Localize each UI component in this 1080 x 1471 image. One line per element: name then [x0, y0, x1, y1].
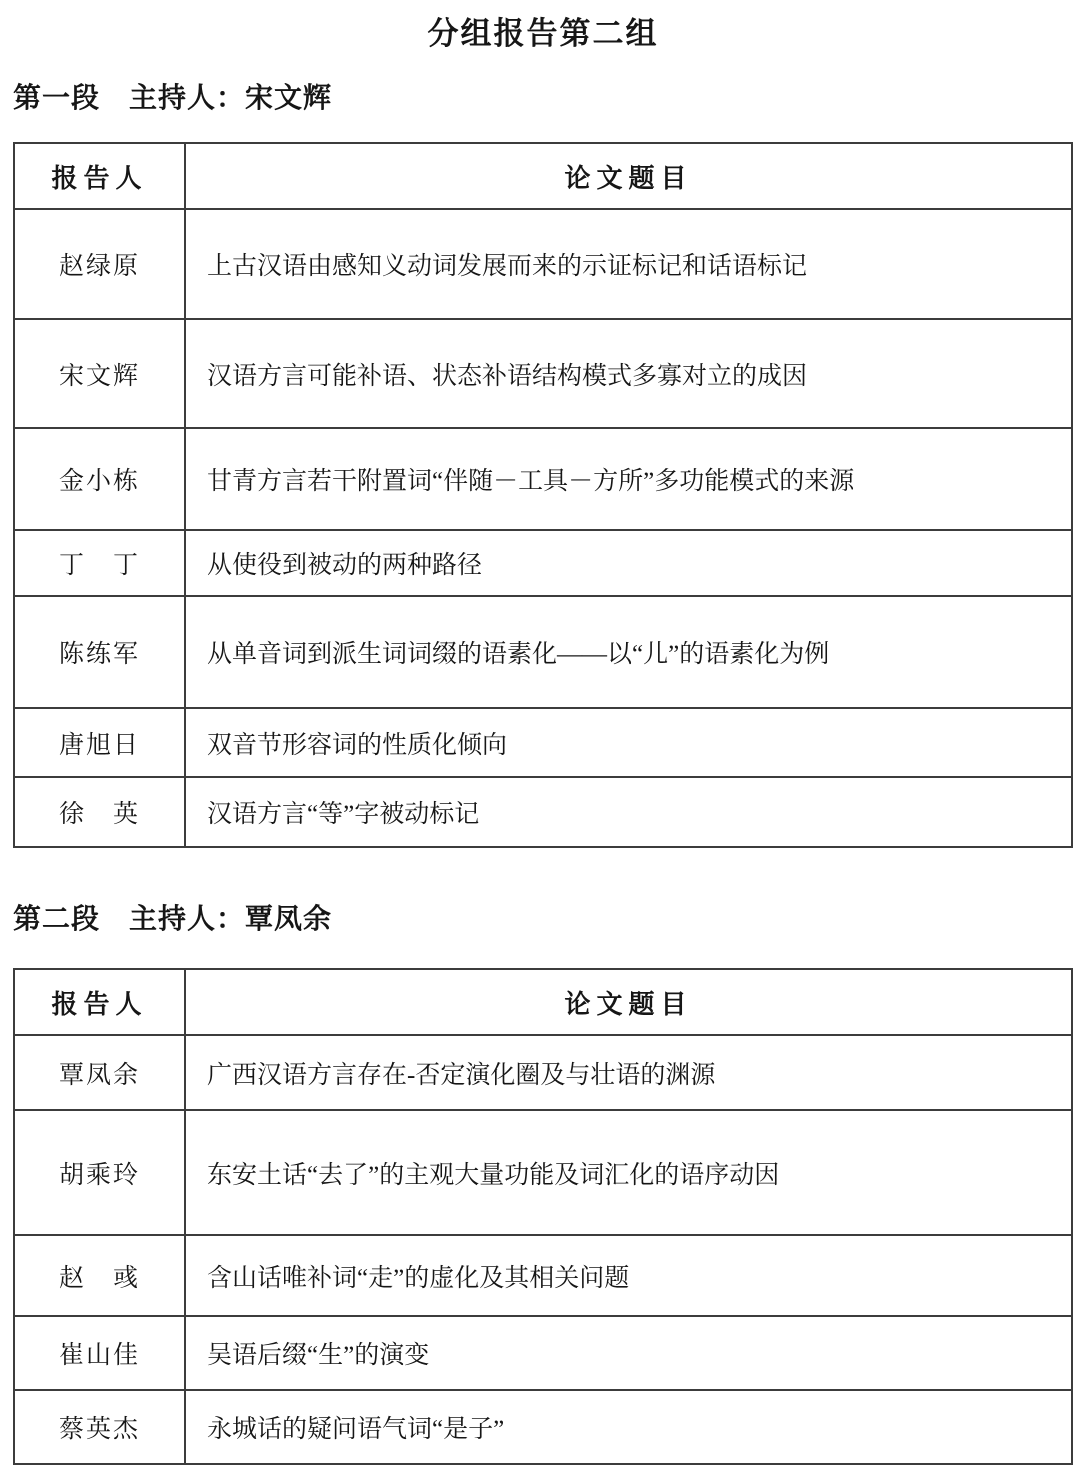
speaker-cell: 崔山佳 — [14, 1316, 185, 1390]
paper-title-cell: 吴语后缀“生”的演变 — [185, 1316, 1072, 1390]
title-column-header: 论文题目 — [185, 969, 1072, 1035]
table-header-row: 报告人 论文题目 — [14, 969, 1072, 1035]
speaker-cell: 唐旭日 — [14, 708, 185, 777]
speaker-cell: 赵 彧 — [14, 1235, 185, 1316]
speaker-cell: 徐 英 — [14, 777, 185, 847]
speaker-cell: 丁 丁 — [14, 530, 185, 596]
paper-title-cell: 东安土话“去了”的主观大量功能及词汇化的语序动因 — [185, 1110, 1072, 1235]
speaker-column-header: 报告人 — [14, 143, 185, 209]
speaker-cell: 胡乘玲 — [14, 1110, 185, 1235]
table-row: 赵绿原 上古汉语由感知义动词发展而来的示证标记和话语标记 — [14, 209, 1072, 319]
speaker-cell: 陈练军 — [14, 596, 185, 708]
speaker-cell: 金小栋 — [14, 428, 185, 530]
table-row: 徐 英 汉语方言“等”字被动标记 — [14, 777, 1072, 847]
table-row: 崔山佳 吴语后缀“生”的演变 — [14, 1316, 1072, 1390]
paper-title-cell: 从使役到被动的两种路径 — [185, 530, 1072, 596]
paper-title-cell: 从单音词到派生词词缀的语素化——以“儿”的语素化为例 — [185, 596, 1072, 708]
page-title: 分组报告第二组 — [13, 12, 1073, 55]
table-row: 赵 彧 含山话唯补词“走”的虚化及其相关问题 — [14, 1235, 1072, 1316]
table-row: 金小栋 甘青方言若干附置词“伴随－工具－方所”多功能模式的来源 — [14, 428, 1072, 530]
document-page: 分组报告第二组 第一段 主持人：宋文辉 报告人 论文题目 赵绿原 上古汉语由感知… — [0, 0, 1080, 1471]
speaker-cell: 蔡英杰 — [14, 1390, 185, 1464]
paper-title-cell: 含山话唯补词“走”的虚化及其相关问题 — [185, 1235, 1072, 1316]
session-1-report-table: 报告人 论文题目 赵绿原 上古汉语由感知义动词发展而来的示证标记和话语标记 宋文… — [13, 142, 1073, 848]
table-row: 蔡英杰 永城话的疑问语气词“是子” — [14, 1390, 1072, 1464]
session-2-report-table: 报告人 论文题目 覃凤余 广西汉语方言存在-否定演化圈及与壮语的渊源 胡乘玲 东… — [13, 968, 1073, 1465]
table-header-row: 报告人 论文题目 — [14, 143, 1072, 209]
paper-title-cell: 汉语方言可能补语、状态补语结构模式多寡对立的成因 — [185, 319, 1072, 428]
session-1-heading: 第一段 主持人：宋文辉 — [13, 80, 1073, 118]
table-row: 胡乘玲 东安土话“去了”的主观大量功能及词汇化的语序动因 — [14, 1110, 1072, 1235]
table-row: 丁 丁 从使役到被动的两种路径 — [14, 530, 1072, 596]
session-2-heading: 第二段 主持人：覃凤余 — [13, 901, 1073, 939]
table-row: 陈练军 从单音词到派生词词缀的语素化——以“儿”的语素化为例 — [14, 596, 1072, 708]
paper-title-cell: 甘青方言若干附置词“伴随－工具－方所”多功能模式的来源 — [185, 428, 1072, 530]
paper-title-cell: 上古汉语由感知义动词发展而来的示证标记和话语标记 — [185, 209, 1072, 319]
paper-title-cell: 双音节形容词的性质化倾向 — [185, 708, 1072, 777]
paper-title-cell: 广西汉语方言存在-否定演化圈及与壮语的渊源 — [185, 1035, 1072, 1110]
paper-title-cell: 汉语方言“等”字被动标记 — [185, 777, 1072, 847]
speaker-cell: 覃凤余 — [14, 1035, 185, 1110]
speaker-column-header: 报告人 — [14, 969, 185, 1035]
table-row: 覃凤余 广西汉语方言存在-否定演化圈及与壮语的渊源 — [14, 1035, 1072, 1110]
paper-title-cell: 永城话的疑问语气词“是子” — [185, 1390, 1072, 1464]
title-column-header: 论文题目 — [185, 143, 1072, 209]
table-row: 唐旭日 双音节形容词的性质化倾向 — [14, 708, 1072, 777]
session-section-2: 第二段 主持人：覃凤余 报告人 论文题目 覃凤余 广西汉语方言存在-否定演化圈及… — [13, 901, 1073, 1465]
speaker-cell: 赵绿原 — [14, 209, 185, 319]
session-section-1: 第一段 主持人：宋文辉 报告人 论文题目 赵绿原 上古汉语由感知义动词发展而来的… — [13, 80, 1073, 848]
table-row: 宋文辉 汉语方言可能补语、状态补语结构模式多寡对立的成因 — [14, 319, 1072, 428]
speaker-cell: 宋文辉 — [14, 319, 185, 428]
